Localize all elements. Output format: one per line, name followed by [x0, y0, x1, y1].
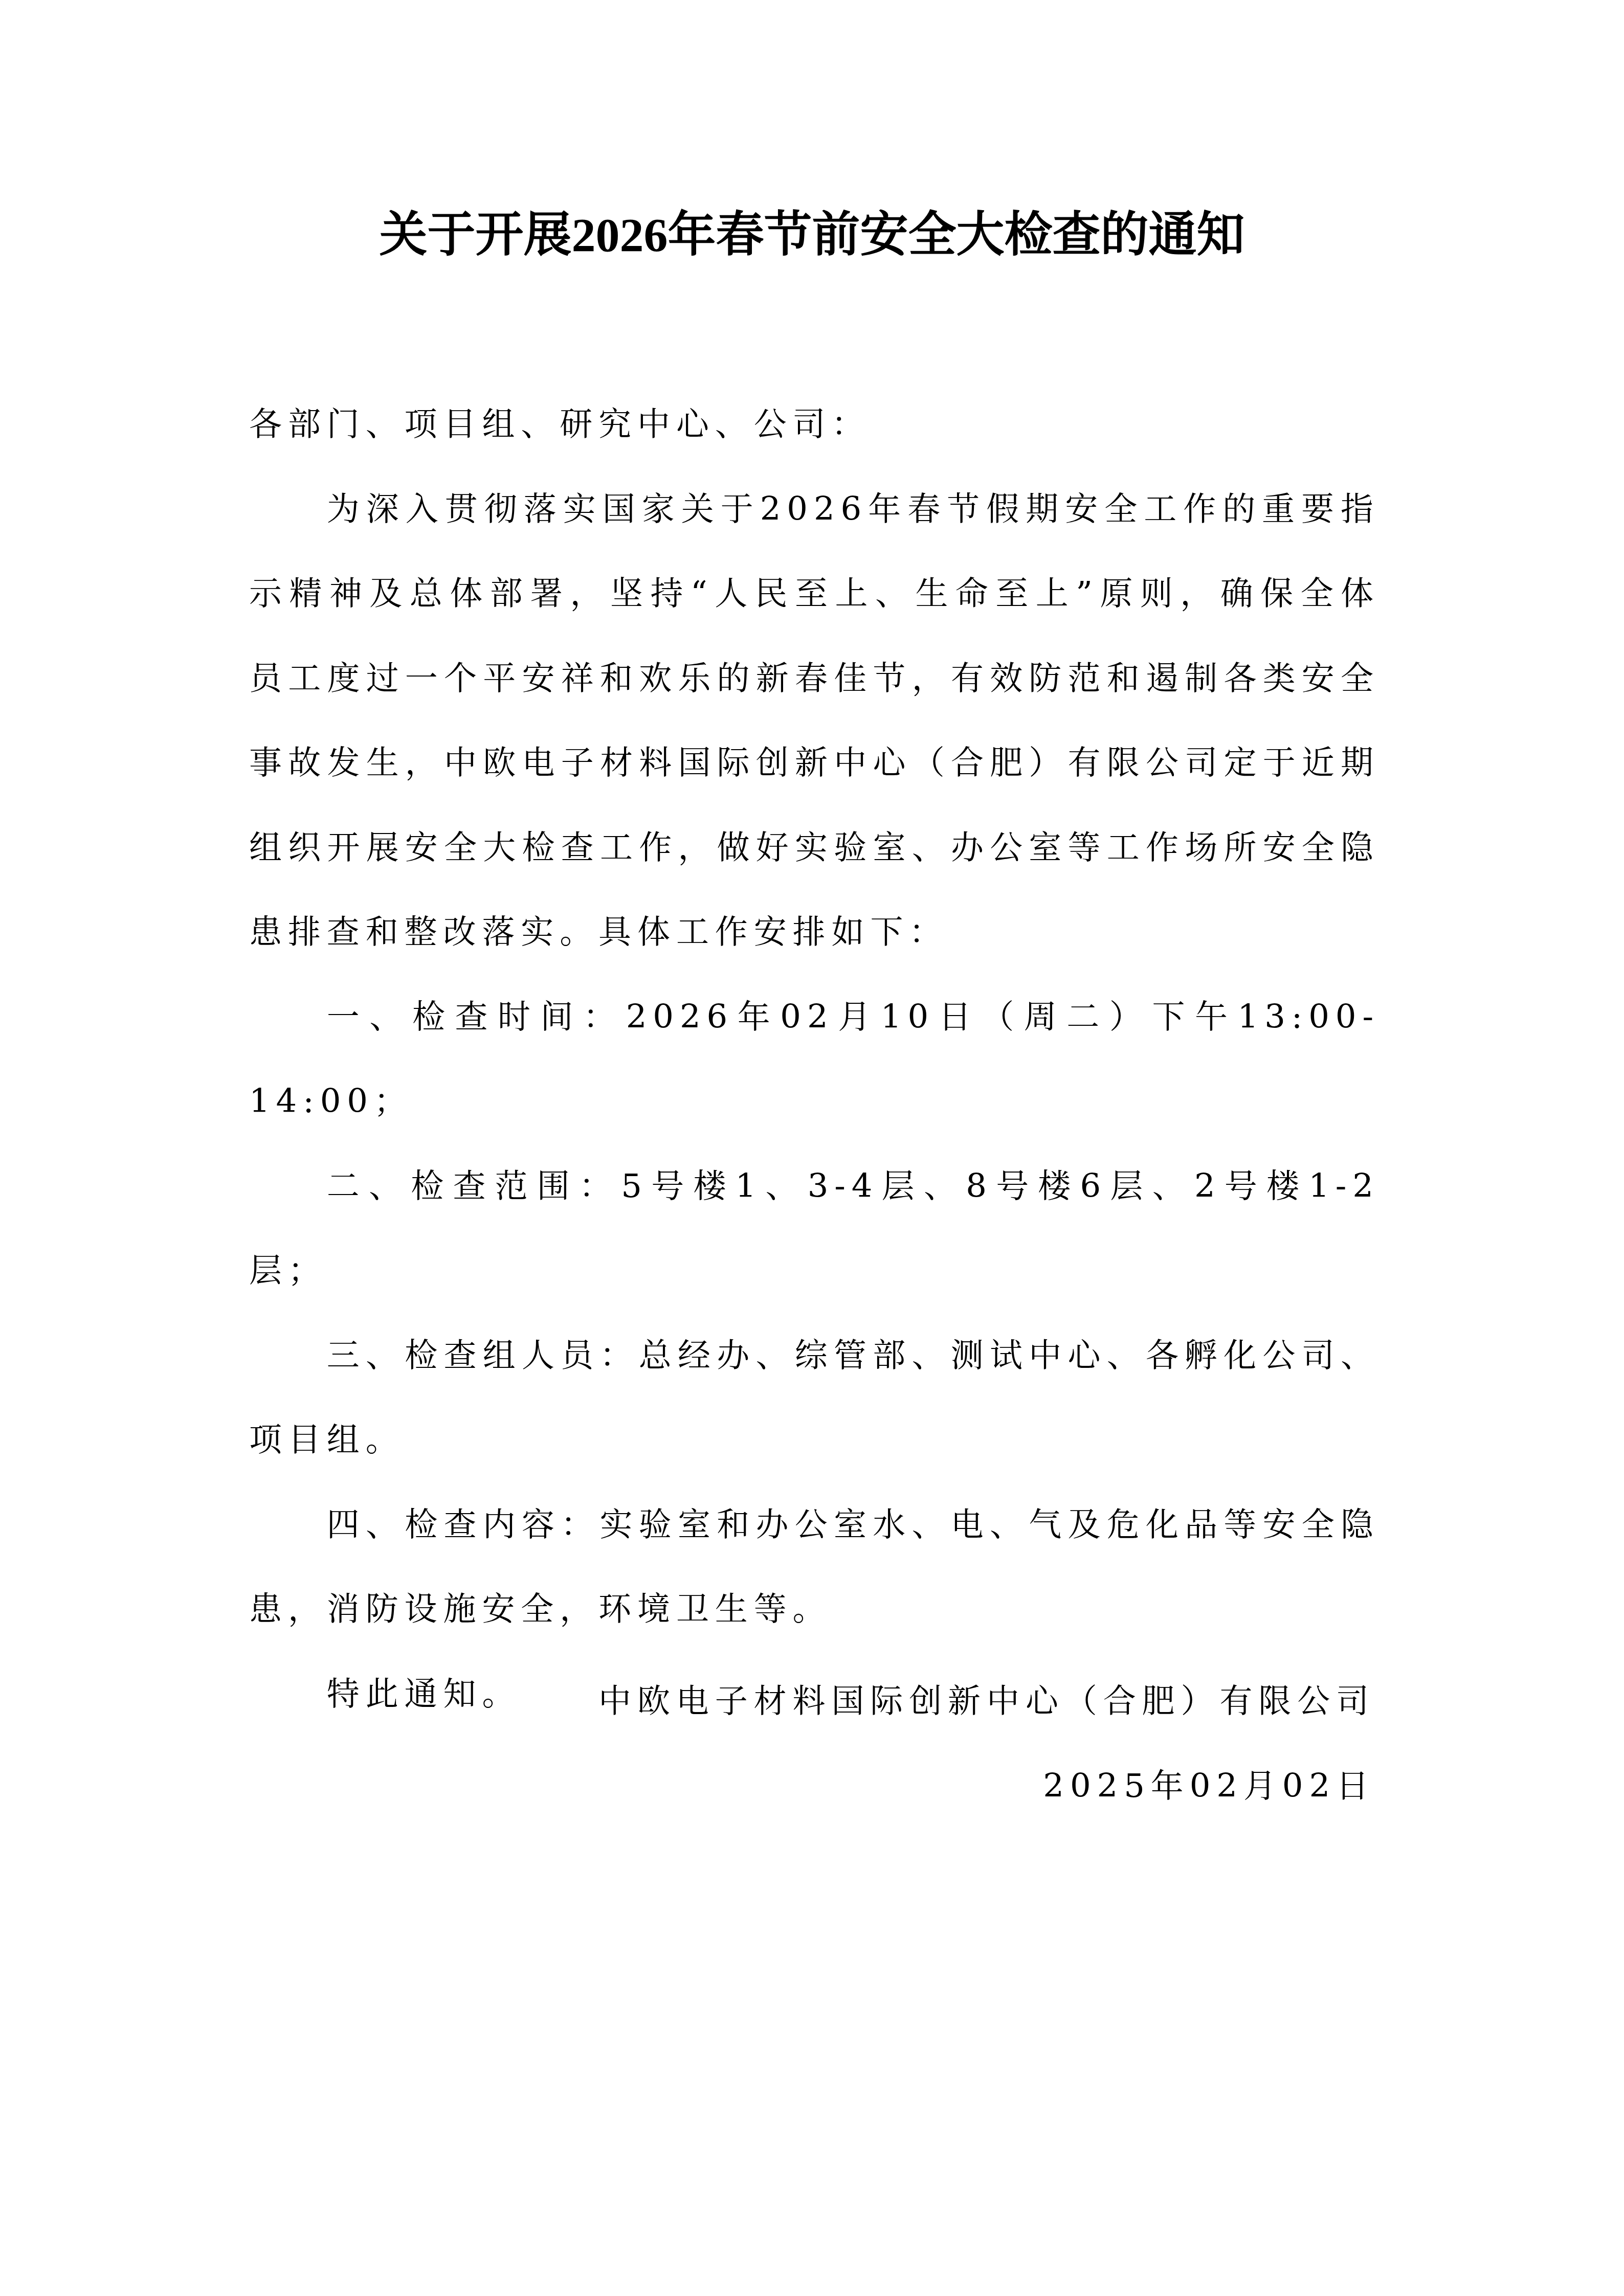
item-inspection-scope: 二、检查范围：5号楼1、3-4层、8号楼6层、2号楼1-2层； [249, 1144, 1380, 1314]
signature-date: 2025年02月02日 [598, 1744, 1375, 1829]
item-label: 二、检查范围： [327, 1167, 621, 1205]
item-inspection-content: 四、检查内容：实验室和办公室水、电、气及危化品等安全隐患，消防设施安全，环境卫生… [249, 1483, 1380, 1652]
signature-block: 中欧电子材料国际创新中心（合肥）有限公司 2025年02月02日 [598, 1659, 1375, 1829]
document-page: 关于开展2026年春节前安全大检查的通知 各部门、项目组、研究中心、公司： 为深… [0, 0, 1624, 2296]
document-body: 各部门、项目组、研究中心、公司： 为深入贯彻落实国家关于2026年春节假期安全工… [249, 382, 1380, 1737]
item-label: 三、检查组人员： [327, 1337, 639, 1375]
item-inspection-time: 一、检查时间：2026年02月10日（周二）下午13:00-14:00； [249, 975, 1380, 1144]
document-title: 关于开展2026年春节前安全大检查的通知 [0, 202, 1624, 268]
salutation: 各部门、项目组、研究中心、公司： [249, 382, 1380, 467]
item-inspection-team: 三、检查组人员：总经办、综管部、测试中心、各孵化公司、项目组。 [249, 1314, 1380, 1483]
item-label: 四、检查内容： [327, 1506, 600, 1544]
signature-organization: 中欧电子材料国际创新中心（合肥）有限公司 [598, 1659, 1375, 1744]
intro-paragraph: 为深入贯彻落实国家关于2026年春节假期安全工作的重要指示精神及总体部署，坚持“… [249, 467, 1380, 975]
item-label: 一、检查时间： [327, 998, 626, 1036]
